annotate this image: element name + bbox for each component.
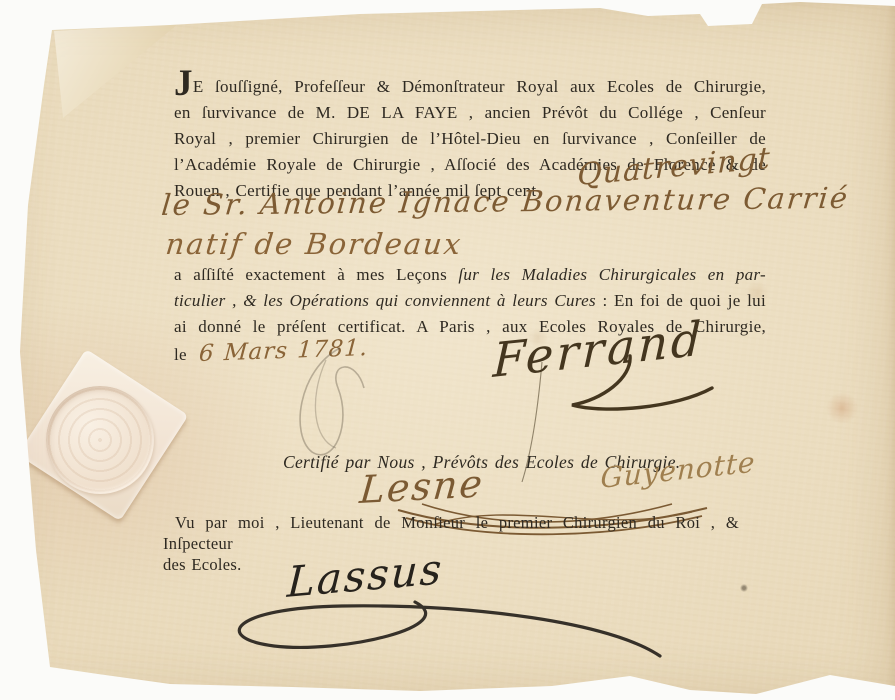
signature-lesne: Lesne bbox=[358, 461, 486, 512]
printed-line-italic: ſur les Maladies Chirurgicales en par- bbox=[458, 265, 766, 284]
document-paper: JE ſouſſigné, Profeſſeur & Démonſtrateur… bbox=[0, 0, 895, 700]
printed-line-text: E ſouſſigné, Profeſſeur & Démonſtrateur … bbox=[193, 77, 766, 96]
folded-corner bbox=[40, 14, 190, 129]
printed-line: des Ecoles. bbox=[163, 554, 739, 575]
printed-line: Vu par moi , Lieutenant de Monſieur le p… bbox=[163, 512, 739, 554]
printed-line: a aſſiſté exactement à mes Leçons ſur le… bbox=[174, 262, 766, 288]
handwritten-date: 6 Mars 1781. bbox=[198, 335, 369, 367]
printed-line-text: : En foi de quoi je lui bbox=[602, 291, 766, 310]
handwritten-student-name: le Sr. Antoine Ignace Bonaventure Carrié bbox=[160, 181, 851, 222]
printed-line-italic: ticulier , & les Opérations qui convienn… bbox=[174, 291, 596, 310]
printed-line: ticulier , & les Opérations qui convienn… bbox=[174, 288, 766, 314]
drop-cap-initial: J bbox=[174, 63, 193, 104]
handwritten-origin: natif de Bordeaux bbox=[164, 227, 464, 261]
scanned-document-photo: JE ſouſſigné, Profeſſeur & Démonſtrateur… bbox=[0, 0, 895, 700]
inspector-attestation: Vu par moi , Lieutenant de Monſieur le p… bbox=[163, 512, 739, 575]
printed-line-text: a aſſiſté exactement à mes Leçons bbox=[174, 265, 447, 284]
lassus-flourish-stroke bbox=[190, 592, 690, 664]
embossed-paper-seal bbox=[24, 360, 179, 535]
seal-embossing bbox=[46, 386, 154, 494]
printed-line: JE ſouſſigné, Profeſſeur & Démonſtrateur… bbox=[174, 68, 766, 100]
printed-line: en ſurvivance de M. DE LA FAYE , ancien … bbox=[174, 100, 766, 126]
